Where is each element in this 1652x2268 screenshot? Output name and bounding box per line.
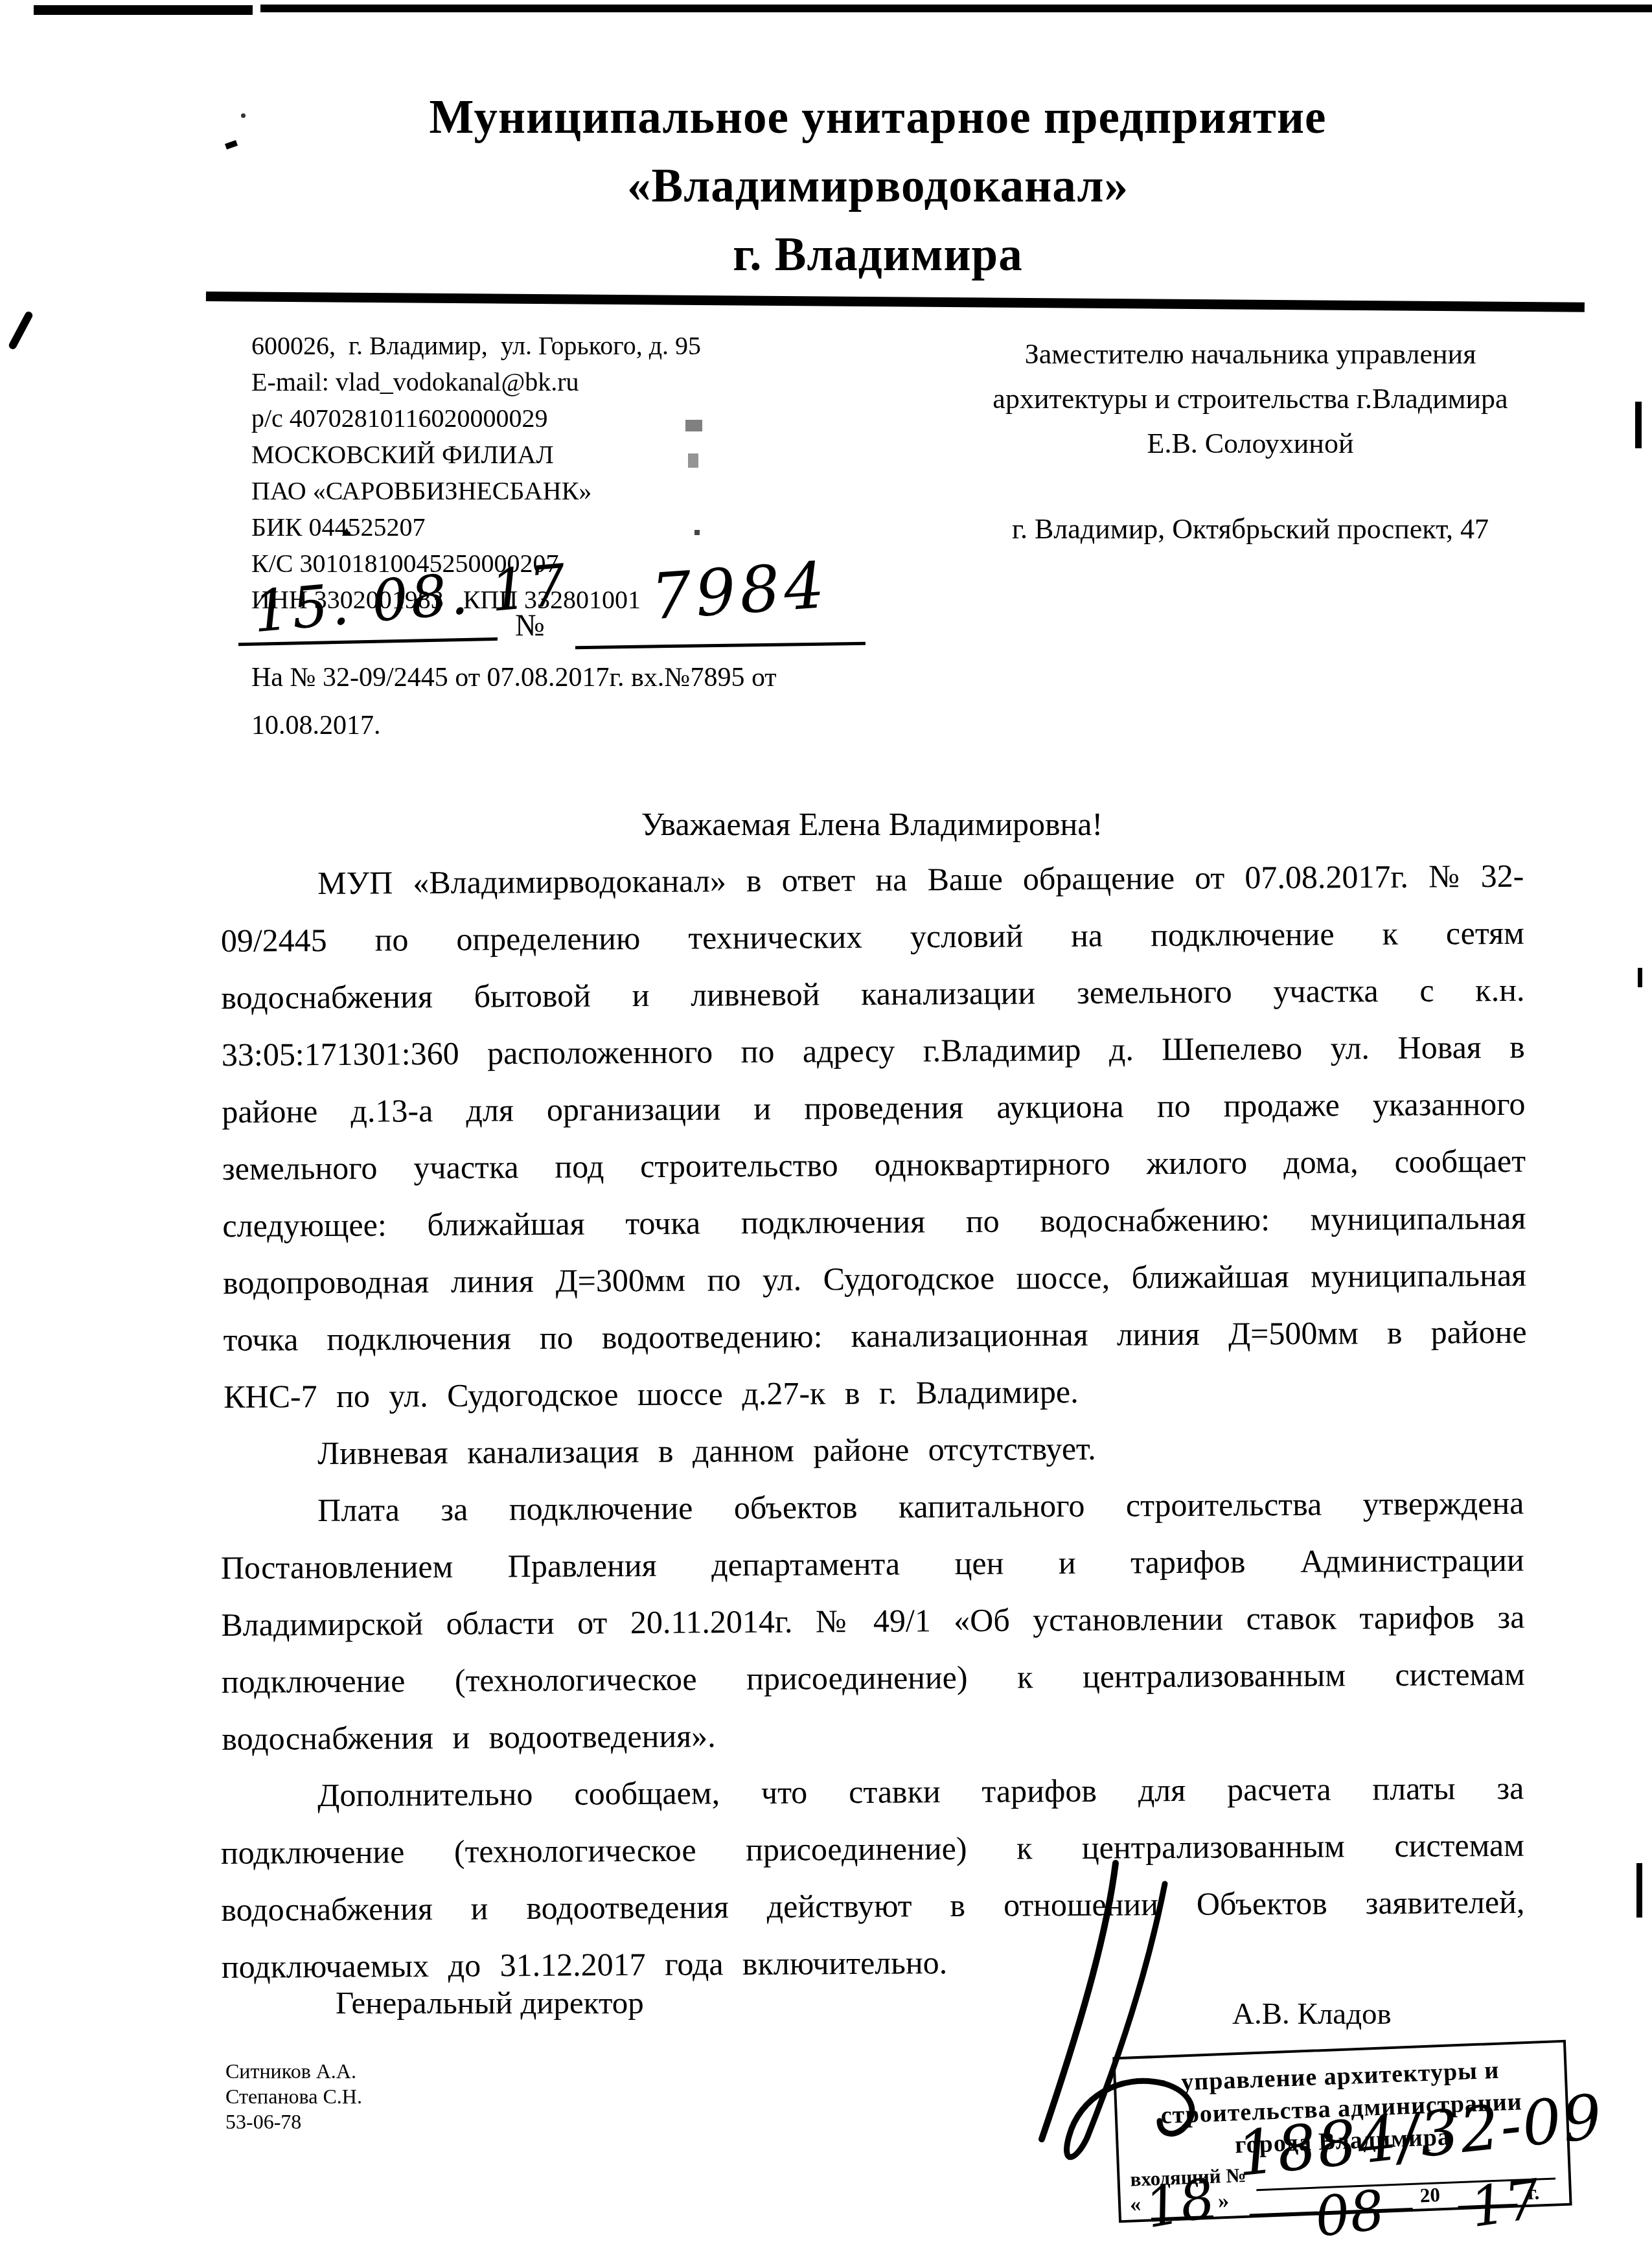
body-paragraph-2: Ливневая канализация в данном районе отс… [220, 1417, 1524, 1482]
contacts-block: Ситников А.А. Степанова С.Н. 53-06-78 [225, 2059, 362, 2135]
stamp-month-handwriting: 08 [1311, 2178, 1388, 2249]
signer-title: Генеральный директор [336, 1984, 644, 2021]
recipient-line: Е.В. Солоухиной [936, 421, 1565, 466]
contact-name: Степанова С.Н. [225, 2084, 362, 2109]
scan-artifact-slash [8, 310, 34, 350]
contact-name: Ситников А.А. [225, 2059, 362, 2084]
letterhead-title-line-1: Муниципальное унитарное предприятие [389, 83, 1367, 152]
letterhead-rule [206, 292, 1585, 312]
signer-name: А.В. Кладов [1232, 1997, 1392, 2032]
scan-artifact-topbar-left [34, 5, 253, 15]
stamp-quote-close: » [1217, 2189, 1229, 2214]
recipient-address: г. Владимир, Октябрьский проспект, 47 [936, 507, 1565, 551]
body-paragraph-4: Дополнительно сообщаем, что ставки тариф… [220, 1759, 1525, 1995]
scan-artifact-smudge [225, 140, 238, 150]
contact-phone: 53-06-78 [225, 2109, 362, 2135]
body-paragraph-3: Плата за подключение объектов капитально… [220, 1474, 1526, 1767]
stamp-year-handwriting: 17 [1467, 2167, 1544, 2239]
scan-artifact-edge-dash [1636, 1863, 1642, 1918]
stamp-quote-open: « [1129, 2192, 1141, 2217]
letterhead-title: Муниципальное унитарное предприятие «Вла… [389, 83, 1367, 289]
outgoing-number-sign: № [515, 608, 545, 643]
sender-bik-line: БИК 044525207 [251, 509, 701, 545]
reference-line-2: 10.08.2017. [251, 710, 381, 741]
scan-artifact-edge-dash [1635, 402, 1642, 448]
outgoing-number-handwriting: 7984 [648, 549, 831, 635]
salutation: Уважаемая Елена Владимировна! [220, 805, 1524, 843]
scanned-letter-page: Муниципальное унитарное предприятие «Вла… [0, 0, 1652, 2268]
scan-artifact-topbar-right [260, 5, 1652, 12]
letterhead-title-line-2: «Владимирводоканал» [389, 152, 1367, 220]
body-paragraph-1: МУП «Владимирводоканал» в ответ на Ваше … [220, 847, 1527, 1425]
stamp-year-prefix: 20 [1419, 2183, 1440, 2207]
stamp-day-handwriting: 18 [1140, 2166, 1219, 2240]
recipient-line: архитектуры и строительства г.Владимира [936, 376, 1565, 421]
sender-account-line: р/с 40702810116020000029 [251, 400, 701, 437]
outgoing-number-underline [575, 642, 866, 649]
sender-email-line: E-mail: vlad_vodokanal@bk.ru [251, 364, 701, 400]
scan-artifact-edge-dash [1638, 968, 1642, 987]
sender-bank-line: МОСКОВСКИЙ ФИЛИАЛ [251, 437, 701, 473]
reference-line-1: На № 32-09/2445 от 07.08.2017г. вх.№7895… [251, 662, 777, 693]
sender-address-line: 600026, г. Владимир, ул. Горького, д. 95 [251, 328, 701, 364]
scan-artifact-dot [241, 113, 246, 118]
recipient-line: Заместителю начальника управления [936, 332, 1565, 376]
recipient-block: Заместителю начальника управления архите… [936, 332, 1565, 466]
letterhead-title-line-3: г. Владимира [389, 220, 1367, 289]
sender-bank-line: ПАО «САРОВБИЗНЕСБАНК» [251, 473, 701, 509]
